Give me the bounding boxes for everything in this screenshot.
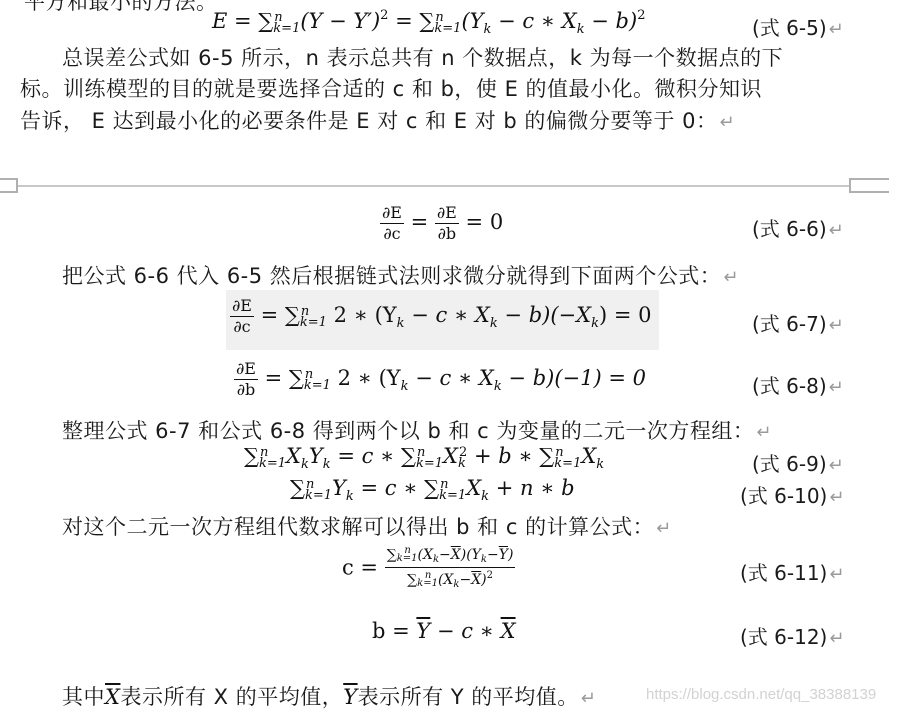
paragraph-line: 标。训练模型的目的就是要选择合适的 c 和 b，使 E 的值最小化。微积分知识 (20, 73, 762, 103)
paragraph-line: 其中X表示所有 X 的平均值，Y表示所有 Y 的平均值。↵ (62, 681, 596, 711)
equation-label-6-9: (式 6-9)↵ (752, 448, 844, 477)
paragraph-mark-icon: ↵ (829, 564, 844, 585)
partial-text-line: 平方和最小的方法。 (24, 0, 218, 16)
paragraph-line: 总误差公式如 6-5 所示，n 表示总共有 n 个数据点，k 为每一个数据点的下 (62, 42, 783, 72)
sum-limits: nk=1 (273, 11, 300, 35)
eq-lhs: E (212, 9, 227, 33)
equation-6-8: ∂E∂b = ∑nk=1 2 ∗ (Yk − c ∗ Xk − b)(−1) =… (234, 361, 646, 398)
paragraph-mark-icon: ↵ (756, 422, 772, 443)
equation-6-9: ∑nk=1XkYk = c ∗ ∑nk=1X2k + b ∗ ∑nk=1Xk (244, 444, 604, 470)
paragraph-line: 告诉， E 达到最小化的必要条件是 E 对 c 和 E 对 b 的偏微分要等于 … (20, 105, 735, 135)
paragraph-line: 对这个二元一次方程组代数求解可以得出 b 和 c 的计算公式：↵ (62, 511, 672, 541)
page-corner-mark-left (0, 178, 18, 193)
paragraph-mark-icon: ↵ (829, 377, 844, 398)
equation-6-11: c = ∑nk=1(Xk−X)(Yk−Y) ∑nk=1(Xk−X)2 (342, 546, 515, 589)
paragraph-mark-icon: ↵ (719, 112, 735, 133)
page-corner-mark-right (849, 178, 889, 193)
paragraph-mark-icon: ↵ (829, 455, 844, 476)
equation-6-7[interactable]: ∂E∂c = ∑nk=1 2 ∗ (Yk − c ∗ Xk − b)(−Xk) … (230, 298, 651, 335)
equation-6-6: ∂E∂c = ∂E∂b = 0 (380, 205, 503, 242)
equation-label-6-7: (式 6-7)↵ (752, 308, 844, 337)
paragraph-mark-icon: ↵ (656, 518, 672, 539)
equation-6-10: ∑nk=1Yk = c ∗ ∑nk=1Xk + n ∗ b (290, 476, 575, 502)
paragraph-mark-icon: ↵ (829, 487, 844, 508)
equation-label-6-10: (式 6-10)↵ (740, 480, 844, 509)
equation-6-12: b = Y − c ∗ X (372, 619, 516, 643)
equation-6-5: E = ∑nk=1(Y − Y′)2 = ∑nk=1(Yk − c ∗ Xk −… (212, 9, 645, 35)
equation-label-6-5: (式 6-5)↵ (752, 12, 844, 41)
paragraph-line: 整理公式 6-7 和公式 6-8 得到两个以 b 和 c 为变量的二元一次方程组… (62, 415, 772, 445)
paragraph-mark-icon: ↵ (723, 267, 739, 288)
sum-symbol: ∑ (258, 9, 273, 33)
paragraph-mark-icon: ↵ (829, 628, 844, 649)
paragraph-mark-icon: ↵ (581, 688, 597, 709)
source-watermark: https://blog.csdn.net/qq_38388139 (646, 686, 876, 703)
page-break-divider (18, 185, 849, 187)
equation-label-6-12: (式 6-12)↵ (740, 621, 844, 650)
paragraph-mark-icon: ↵ (829, 220, 844, 241)
paragraph-mark-icon: ↵ (829, 315, 844, 336)
equation-label-6-11: (式 6-11)↵ (740, 557, 844, 586)
paragraph-mark-icon: ↵ (829, 19, 844, 40)
equation-label-6-6: (式 6-6)↵ (752, 213, 844, 242)
paragraph-line: 把公式 6-6 代入 6-5 然后根据链式法则求微分就得到下面两个公式：↵ (62, 260, 739, 290)
equation-label-6-8: (式 6-8)↵ (752, 370, 844, 399)
